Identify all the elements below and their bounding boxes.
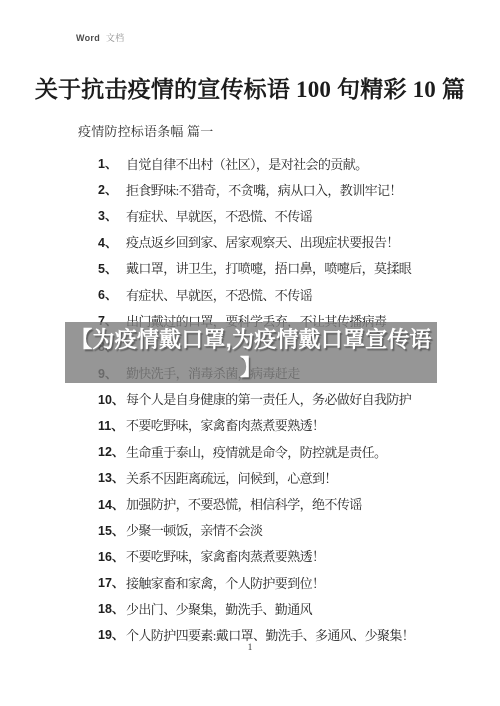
slogan-list: 1、 自觉自律不出村（社区），是对社会的贡献。 2、 拒食野味:不猎奇，不贪嘴，… [0,150,500,648]
item-number: 11、 [98,416,126,434]
item-text: 自觉自律不出村（社区），是对社会的贡献。 [126,154,368,173]
list-item: 5、 戴口罩，讲卫生，打喷嚏，捂口鼻，喷嚏后，莫揉眼 [0,255,500,281]
list-item: 6、 有症状、早就医，不恐慌、不传谣 [0,281,500,307]
app-brand: Word 文档 [76,31,124,44]
item-text: 接触家畜和家禽，个人防护要到位！ [126,573,324,592]
item-number: 18、 [98,599,126,617]
list-item: 15、 少聚一顿饭，亲情不会淡 [0,517,500,543]
page-title: 关于抗击疫情的宣传标语 100 句精彩 10 篇 [0,71,500,104]
item-number: 12、 [98,442,126,460]
page-number: 1 [0,643,500,653]
list-item: 4、 疫点返乡回到家、居家观察天、出现症状要报告！ [0,229,500,255]
item-number: 3、 [98,206,126,224]
item-text: 少聚一顿饭，亲情不会淡 [126,520,262,539]
list-item: 1、 自觉自律不出村（社区），是对社会的贡献。 [0,150,500,176]
item-text: 疫点返乡回到家、居家观察天、出现症状要报告！ [126,232,399,251]
item-text: 不要吃野味，家禽畜肉蒸煮要熟透！ [126,415,324,434]
list-item: 3、 有症状、早就医，不恐慌、不传谣 [0,202,500,228]
item-text: 拒食野味:不猎奇，不贪嘴，病从口入，教训牢记！ [126,180,402,199]
item-number: 4、 [98,233,126,251]
watermark-text-line1: 【为疫情戴口罩,为疫情戴口罩宣传语 [65,325,437,354]
brand-doc-label: 文档 [106,33,125,43]
item-text: 个人防护四要素:戴口罩、勤洗手、多通风、少聚集！ [126,625,414,644]
section-subtitle: 疫情防控标语条幅 篇一 [78,121,213,140]
item-number: 16、 [98,547,126,565]
item-text: 每个人是自身健康的第一责任人，务必做好自我防护 [126,389,411,408]
list-item: 11、 不要吃野味，家禽畜肉蒸煮要熟透！ [0,412,500,438]
item-number: 1、 [98,154,126,172]
item-number: 19、 [98,625,126,643]
watermark-text-line2: 】 [65,354,437,381]
list-item: 12、 生命重于泰山，疫情就是命令，防控就是责任。 [0,438,500,464]
item-text: 有症状、早就医，不恐慌、不传谣 [126,285,312,304]
list-item: 10、 每个人是自身健康的第一责任人，务必做好自我防护 [0,386,500,412]
list-item: 18、 少出门、少聚集，勤洗手、勤通风 [0,595,500,621]
item-text: 关系不因距离疏远，问候到，心意到！ [126,468,337,487]
item-number: 13、 [98,468,126,486]
item-number: 15、 [98,521,126,539]
item-number: 17、 [98,573,126,591]
item-text: 生命重于泰山，疫情就是命令，防控就是责任。 [126,442,386,461]
item-number: 5、 [98,259,126,277]
item-text: 有症状、早就医，不恐慌、不传谣 [126,206,312,225]
list-item: 14、 加强防护，不要恐慌，相信科学，绝不传谣 [0,490,500,516]
watermark-overlay: 【为疫情戴口罩,为疫情戴口罩宣传语 】 [65,322,437,383]
list-item: 16、 不要吃野味，家禽畜肉蒸煮要熟透！ [0,543,500,569]
item-number: 6、 [98,285,126,303]
list-item: 13、 关系不因距离疏远，问候到，心意到！ [0,464,500,490]
list-item: 17、 接触家畜和家禽，个人防护要到位！ [0,569,500,595]
item-number: 10、 [98,390,126,408]
item-text: 加强防护，不要恐慌，相信科学，绝不传谣 [126,494,362,513]
item-number: 2、 [98,180,126,198]
item-number: 14、 [98,495,126,513]
item-text: 戴口罩，讲卫生，打喷嚏，捂口鼻，喷嚏后，莫揉眼 [126,258,411,277]
item-text: 少出门、少聚集，勤洗手、勤通风 [126,599,312,618]
document-page: Word 文档 关于抗击疫情的宣传标语 100 句精彩 10 篇 疫情防控标语条… [0,0,500,706]
item-text: 不要吃野味，家禽畜肉蒸煮要熟透！ [126,546,324,565]
brand-word-label: Word [76,33,100,43]
list-item: 2、 拒食野味:不猎奇，不贪嘴，病从口入，教训牢记！ [0,176,500,202]
